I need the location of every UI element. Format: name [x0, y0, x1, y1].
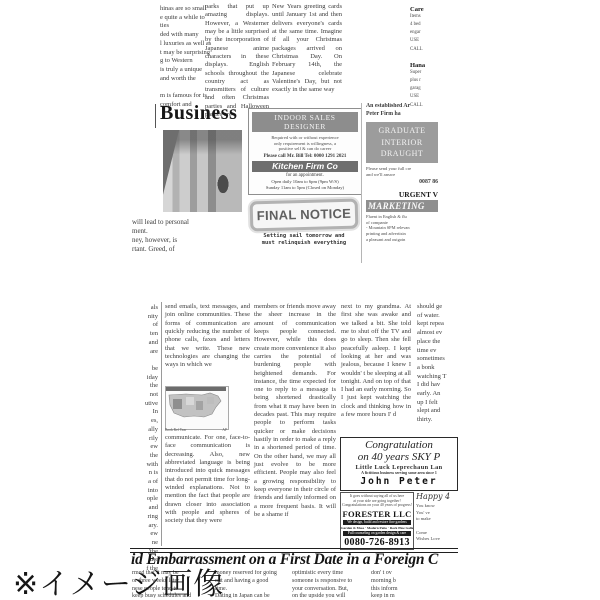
indoor-ad-hours: Open daily 10am to 6pm (9pm W/S) Sunday … [249, 179, 361, 191]
bottom-column-1-para-1: send emails, text messages, and join onl… [165, 303, 250, 370]
graduate-interior-draught-box: GRADUATE INTERIOR DRAUGHT [366, 122, 438, 163]
established-firm-text: An established Ar Peter Firm ha [366, 103, 438, 118]
top-article-column-2: New Years greeting cards until January 1… [272, 3, 342, 94]
bottom-column-1-para-2: communicate. For one, face-to-face commu… [165, 434, 250, 525]
congrats-business-name: Little Luck Leprechaun Lan [341, 464, 457, 471]
happy-message-lines: You know You' ve to make Come Wishes Lov… [416, 503, 458, 548]
forester-phone-text: 0080-726-8913 [344, 537, 410, 548]
business-section-header: Business [160, 102, 237, 125]
congrats-line-1: Congratulation [341, 440, 457, 452]
forester-company-name: FORESTER LLC [341, 509, 413, 519]
image-disclaimer-watermark: ※イメージ画像 [13, 559, 224, 600]
business-article-text: will lead to personal ment. ney, however… [132, 218, 212, 254]
forester-bar-2: Full counseling on garden design & care [343, 531, 411, 536]
congrats-person-name: John Peter [341, 476, 457, 487]
bottom-column-2: members or friends move away the sheer i… [254, 303, 336, 519]
product-image-canvas: hinas are so small e quite a while to ti… [0, 0, 600, 600]
bottom-column-4-fragments: should ge of water. kept repea almost ev… [417, 303, 458, 425]
indoor-ad-subtext: for an appointment. [249, 173, 361, 178]
marketing-ad-lines: Fluent in English & flu of companie - Mo… [366, 214, 438, 243]
us-map-graphic [165, 386, 229, 430]
final-notice-stamp: FINAL NOTICE [250, 199, 359, 232]
classified-ad-2-title: Hana [410, 62, 433, 69]
business-article-photo [163, 130, 242, 212]
right-ads-column: An established Ar Peter Firm ha GRADUATE… [361, 103, 438, 263]
kitchen-firm-co-banner: Kitchen Firm Co [252, 161, 358, 172]
headline-article-col-3: optimistic every time someone is respons… [292, 570, 366, 598]
classified-ad-1-lines: Items 4 bed engar USE CALL [410, 13, 433, 54]
business-section-rule [155, 104, 156, 128]
classified-ad-1-title: Care [410, 6, 433, 13]
newspaper-bottom-section: als nity of ten and are be iday the not … [130, 300, 458, 598]
forester-llc-ad: It goes without saying all of us here at… [340, 492, 414, 550]
forester-bar-1: We design, build and restore fine garden… [343, 520, 411, 525]
graduate-ad-phone: 0087 86 [366, 179, 438, 185]
us-map-caption: Book Ref Year AP [165, 428, 227, 432]
indoor-ad-title: INDOOR SALES DESIGNER [252, 112, 358, 132]
happy-anniversary-column: Happy 4 You know You' ve to make Come Wi… [416, 492, 458, 548]
final-notice-subtext: Setting sail tomorrow and must relinquis… [249, 233, 359, 248]
column-divider-rule [161, 302, 162, 546]
classified-ad-1: Care Items 4 bed engar USE CALL [410, 6, 433, 54]
happy-title: Happy 4 [416, 492, 458, 501]
send-credentials-text: Please send your full cre and we'll answ… [366, 166, 438, 178]
map-caption-left: Book Ref Year [165, 428, 186, 432]
congrats-line-2: on 40 years SKY P [341, 452, 457, 464]
marketing-banner: MARKETING [366, 200, 438, 212]
headline-article-col-4: don' t ov morning b this inform keep in … [371, 570, 458, 598]
indoor-sales-designer-ad: INDOOR SALES DESIGNER Required with or w… [248, 108, 362, 195]
map-caption-right: AP [222, 428, 227, 432]
bottom-fragment-column: als nity of ten and are be iday the not … [130, 304, 158, 574]
congratulation-box: Congratulation on 40 years SKY P Little … [340, 437, 458, 491]
bottom-column-3: next to my grandma. At first she was awa… [341, 303, 411, 419]
newspaper-top-section: hinas are so small e quite a while to ti… [130, 0, 433, 263]
congrats-tagline: A fictitious business serving some area … [341, 471, 457, 475]
indoor-ad-phone: Please call Mr. Bill Tel: 0000 1291 2021 [251, 154, 359, 159]
urgent-vacancy-header: URGENT V [366, 190, 438, 199]
headline-article-col-2: money reserved for going out and having … [215, 570, 287, 598]
forester-small-print: It goes without saying all of us here at… [341, 494, 413, 508]
indoor-ad-body: Required with or without experience only… [253, 135, 357, 152]
forester-services-line: Garden & Moss · Modern Patio · Rock Pine… [341, 526, 413, 530]
